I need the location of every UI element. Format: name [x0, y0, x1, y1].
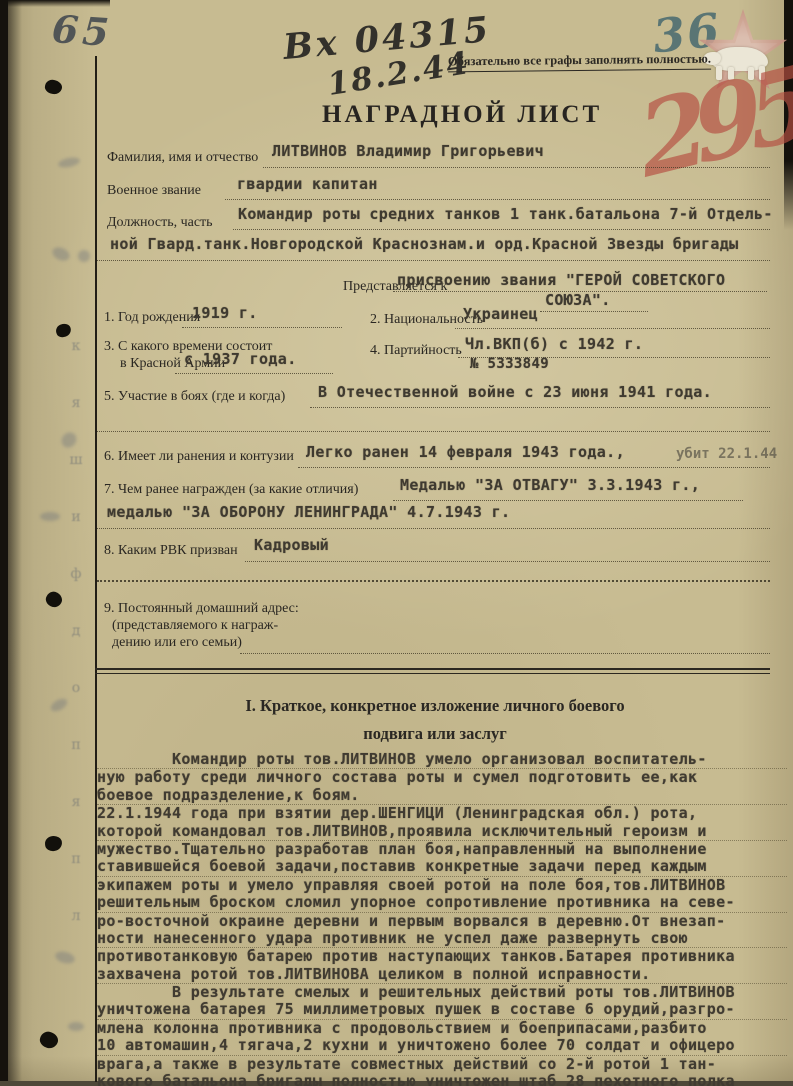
item3-value: с 1937 года.: [184, 350, 297, 368]
citation-line: В результате смелых и решительных действ…: [97, 984, 787, 1001]
citation-line: ставившейся боевой задачи,поставив конкр…: [97, 858, 787, 876]
citation-line: ную работу среди личного состава роты и …: [97, 769, 787, 786]
rule-line: [540, 310, 648, 312]
rule-line: [225, 198, 770, 200]
award-sheet-scan: 65 Вх 04315 18.2.44 36 295 Обязательно в…: [0, 0, 793, 1086]
citation-line: Командир роты тов.ЛИТВИНОВ умело организ…: [97, 751, 787, 769]
rule-line: [182, 326, 342, 328]
citation-line: ро-восточной окраине деревни и первым во…: [97, 913, 787, 930]
punch-hole: [43, 589, 64, 610]
citation-line: экипажем роты и умело управляя своей рот…: [97, 877, 787, 894]
item6-value: Легко ранен 14 февраля 1943 года.,: [306, 443, 625, 461]
citation-line: противотанковую батарею против наступающ…: [97, 948, 787, 965]
nominated-value-line2: СОЮЗА".: [545, 291, 611, 309]
item6-pencil-value: убит 22.1.44: [676, 446, 777, 462]
citation-line: млена колонна противника с продовольстви…: [97, 1020, 787, 1037]
item9-label-line1: 9. Постоянный домашний адрес:: [104, 601, 299, 617]
citation-line: мужество.Тщательно разработав план боя,н…: [97, 841, 787, 858]
section-heading-line2: подвига или заслуг: [97, 724, 773, 744]
section-heading-line1: I. Краткое, конкретное изложение личного…: [97, 696, 773, 716]
citation-line: уничтожена батарея 75 миллиметровых пуше…: [97, 1001, 787, 1019]
rank-label: Военное звание: [107, 183, 201, 199]
citation-line: ности нанесенного удара противник не усп…: [97, 930, 787, 948]
item1-label: 1. Год рождения: [104, 310, 200, 326]
item4-label: 4. Партийность: [370, 343, 462, 359]
rule-line: [263, 166, 770, 168]
citation-line: 22.1.1944 года при взятии дер.ШЕНГИЦИ (Л…: [97, 805, 787, 822]
citation-line: 10 автомашин,4 тягача,2 кухни и уничтоже…: [97, 1037, 787, 1055]
item1-value: 1919 г.: [192, 304, 258, 322]
section-divider: [95, 668, 770, 674]
rule-line: [245, 560, 770, 562]
rule-line: [175, 372, 333, 374]
red-pencil-number: 295: [633, 52, 793, 192]
item9-label-line3: дению или его семьи): [112, 635, 242, 651]
name-label: Фамилия, имя и отчество: [107, 150, 258, 166]
citation-text: Командир роты тов.ЛИТВИНОВ умело организ…: [97, 751, 787, 1086]
citation-line: захвачена ротой тов.ЛИТВИНОВА целиком в …: [97, 966, 787, 984]
punch-hole: [44, 835, 63, 852]
item7-label: 7. Чем ранее награжден (за какие отличия…: [104, 482, 358, 498]
pencil-smudge: [57, 156, 80, 169]
pencil-smudge: [40, 512, 60, 521]
item8-value: Кадровый: [254, 536, 329, 554]
handwritten-corner-number: 65: [51, 6, 115, 55]
citation-line: боевое подразделение,к боям.: [97, 787, 787, 805]
rank-value: гвардии капитан: [237, 175, 378, 193]
item7-value-line1: Медалью "ЗА ОТВАГУ" 3.3.1943 г.,: [400, 476, 700, 494]
rule-line: [97, 259, 770, 261]
item5-value: В Отечественной войне с 23 июня 1941 год…: [318, 383, 712, 401]
rule-line: [310, 406, 770, 408]
item4-value-line1: Чл.ВКП(б) с 1942 г.: [465, 335, 643, 353]
item5-label: 5. Участие в боях (где и когда): [104, 389, 285, 405]
item4-value-line2: № 5333849: [470, 356, 549, 372]
position-value-line1: Командир роты средних танков 1 танк.бата…: [238, 205, 773, 223]
scan-edge-left: [0, 0, 8, 1086]
citation-line: кового батальона бригады полностью уничт…: [97, 1073, 787, 1086]
rule-line: [97, 430, 770, 432]
rule-line: [240, 652, 770, 654]
item7-value-line2: медалью "ЗА ОБОРОНУ ЛЕНИНГРАДА" 4.7.1943…: [107, 503, 510, 521]
pencil-smudge: [78, 250, 90, 262]
form-instruction: Обязательно все графы заполнять полность…: [448, 52, 711, 73]
scan-edge-left-fade: [8, 0, 22, 1086]
punch-hole: [38, 1030, 60, 1051]
position-value-line2: ной Гвард.танк.Новгородской Краснознам.и…: [110, 235, 739, 253]
item9-label-line2: (представляемого к награж-: [112, 618, 278, 634]
pencil-smudge: [54, 950, 76, 966]
citation-line: которой командовал тов.ЛИТВИНОВ,проявила…: [97, 823, 787, 841]
item2-value: Украинец: [463, 305, 538, 323]
rule-line: [455, 327, 770, 329]
item6-label: 6. Имеет ли ранения и контузии: [104, 449, 294, 465]
name-value: ЛИТВИНОВ Владимир Григорьевич: [272, 142, 544, 160]
pencil-smudge: [50, 245, 71, 263]
citation-line: решительным броском сломил упорное сопро…: [97, 894, 787, 912]
pencil-smudge: [68, 1022, 84, 1031]
rule-line: [97, 579, 770, 582]
rule-line: [298, 466, 770, 468]
rule-line: [97, 527, 770, 529]
rule-line: [233, 228, 770, 230]
position-label: Должность, часть: [107, 215, 213, 231]
page-title: НАГРАДНОЙ ЛИСТ: [322, 101, 602, 129]
citation-line: врага,а также в результате совместных де…: [97, 1056, 787, 1073]
rule-line: [393, 499, 743, 501]
margin-pencil-note: к я ш и ф д о п я п л: [66, 318, 86, 945]
nominated-value-line1: присвоению звания "ГЕРОЙ СОВЕТСКОГО: [397, 271, 725, 289]
punch-hole: [44, 78, 64, 95]
item8-label: 8. Каким РВК призван: [104, 543, 238, 559]
